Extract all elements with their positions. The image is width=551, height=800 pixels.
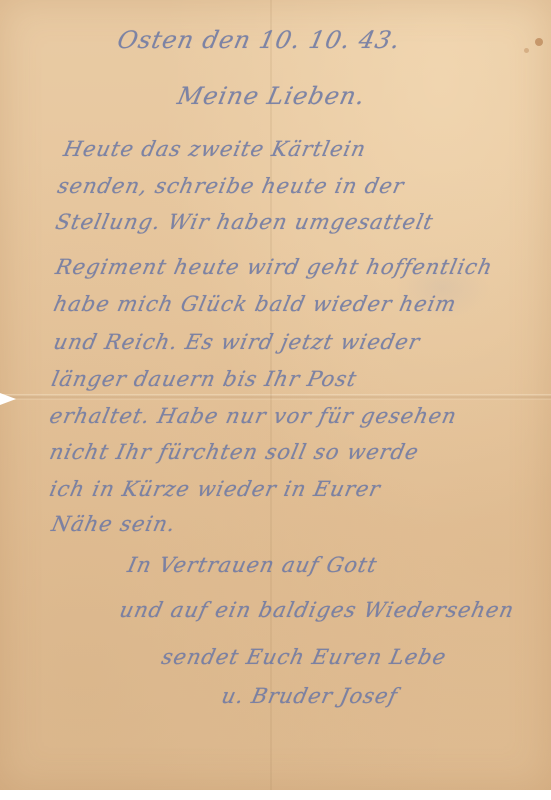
closing-line: sendet Euch Euren Lebe <box>159 645 448 669</box>
body-line: länger dauern bis Ihr Post <box>49 367 359 391</box>
body-line: Nähe sein. <box>49 512 178 536</box>
body-line: erhaltet. Habe nur vor für gesehen <box>47 404 459 428</box>
body-line: Regiment heute wird geht hoffentlich <box>53 255 495 279</box>
vertical-fold-crease <box>270 0 272 790</box>
stain-spot <box>524 48 529 53</box>
signature: u. Bruder Josef <box>219 684 400 708</box>
body-line: senden, schreibe heute in der <box>55 174 406 198</box>
salutation: Meine Lieben. <box>175 82 368 110</box>
closing-line: und auf ein baldiges Wiedersehen <box>117 598 516 622</box>
body-line: Heute das zweite Kärtlein <box>61 137 368 161</box>
letter-paper: Osten den 10. 10. 43. Meine Lieben. Heut… <box>0 0 551 790</box>
paper-tear <box>0 393 16 405</box>
body-line: habe mich Glück bald wieder heim <box>51 292 459 316</box>
body-line: Stellung. Wir haben umgesattelt <box>53 210 435 234</box>
stain-spot <box>535 38 543 46</box>
body-line: und Reich. Es wird jetzt wieder <box>51 330 422 354</box>
horizontal-fold-crease <box>0 394 551 400</box>
body-line: nicht Ihr fürchten soll so werde <box>47 440 421 464</box>
closing-line: In Vertrauen auf Gott <box>125 553 379 577</box>
body-line: ich in Kürze wieder in Eurer <box>47 477 383 501</box>
place-date: Osten den 10. 10. 43. <box>115 26 403 54</box>
